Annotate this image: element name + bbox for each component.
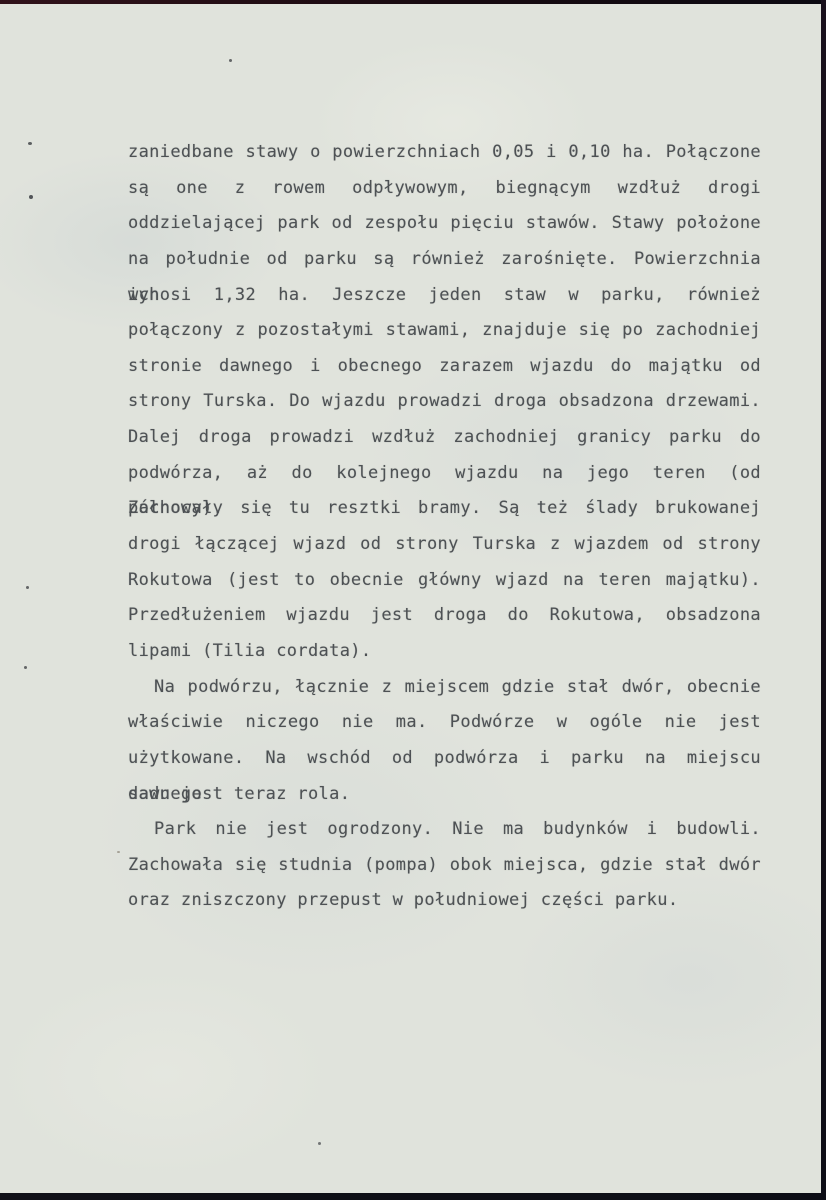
text-line: użytkowane. Na wschód od podwórza i park… — [128, 741, 761, 777]
text-line: właściwie niczego nie ma. Podwórze w ogó… — [128, 705, 761, 741]
dust-speck — [229, 59, 232, 62]
text-line: Zachowała się studnia (pompa) obok miejs… — [128, 848, 761, 884]
text-line: połączony z pozostałymi stawami, znajduj… — [128, 313, 761, 349]
scan-edge-top — [0, 0, 826, 4]
text-line-paragraph-end: oraz zniszczony przepust w południowej c… — [128, 883, 761, 919]
text-line-paragraph-end: lipami (Tilia cordata). — [128, 634, 761, 670]
text-line: drogi łączącej wjazd od strony Turska z … — [128, 527, 761, 563]
dust-speck — [29, 195, 33, 199]
text-line: oddzielającej park od zespołu pięciu sta… — [128, 206, 761, 242]
text-line: strony Turska. Do wjazdu prowadzi droga … — [128, 384, 761, 420]
text-line: na południe od parku są również zarośnię… — [128, 242, 761, 278]
dust-speck — [117, 851, 120, 853]
text-line: wynosi 1,32 ha. Jeszcze jeden staw w par… — [128, 278, 761, 314]
document-text: zaniedbane stawy o powierzchniach 0,05 i… — [128, 135, 761, 919]
scan-edge-right — [821, 0, 826, 1200]
text-line: zaniedbane stawy o powierzchniach 0,05 i… — [128, 135, 761, 171]
text-line: podwórza, aż do kolejnego wjazdu na jego… — [128, 456, 761, 492]
paper-sheet: zaniedbane stawy o powierzchniach 0,05 i… — [0, 4, 821, 1193]
text-line-paragraph-start: Park nie jest ogrodzony. Nie ma budynków… — [128, 812, 761, 848]
scan-edge-bottom — [0, 1193, 826, 1200]
text-line: Rokutowa (jest to obecnie główny wjazd n… — [128, 563, 761, 599]
text-line-paragraph-start: Na podwórzu, łącznie z miejscem gdzie st… — [128, 670, 761, 706]
scanned-page: zaniedbane stawy o powierzchniach 0,05 i… — [0, 0, 826, 1200]
text-line-paragraph-end: sadu jest teraz rola. — [128, 777, 761, 813]
text-line: stronie dawnego i obecnego zarazem wjazd… — [128, 349, 761, 385]
text-line: Przedłużeniem wjazdu jest droga do Rokut… — [128, 598, 761, 634]
dust-speck — [26, 586, 29, 589]
text-line: Dalej droga prowadzi wzdłuż zachodniej g… — [128, 420, 761, 456]
text-line: Zachowały się tu resztki bramy. Są też ś… — [128, 491, 761, 527]
dust-speck — [318, 1142, 321, 1145]
text-line: są one z rowem odpływowym, biegnącym wzd… — [128, 171, 761, 207]
dust-speck — [24, 666, 27, 669]
dust-speck — [28, 142, 32, 145]
